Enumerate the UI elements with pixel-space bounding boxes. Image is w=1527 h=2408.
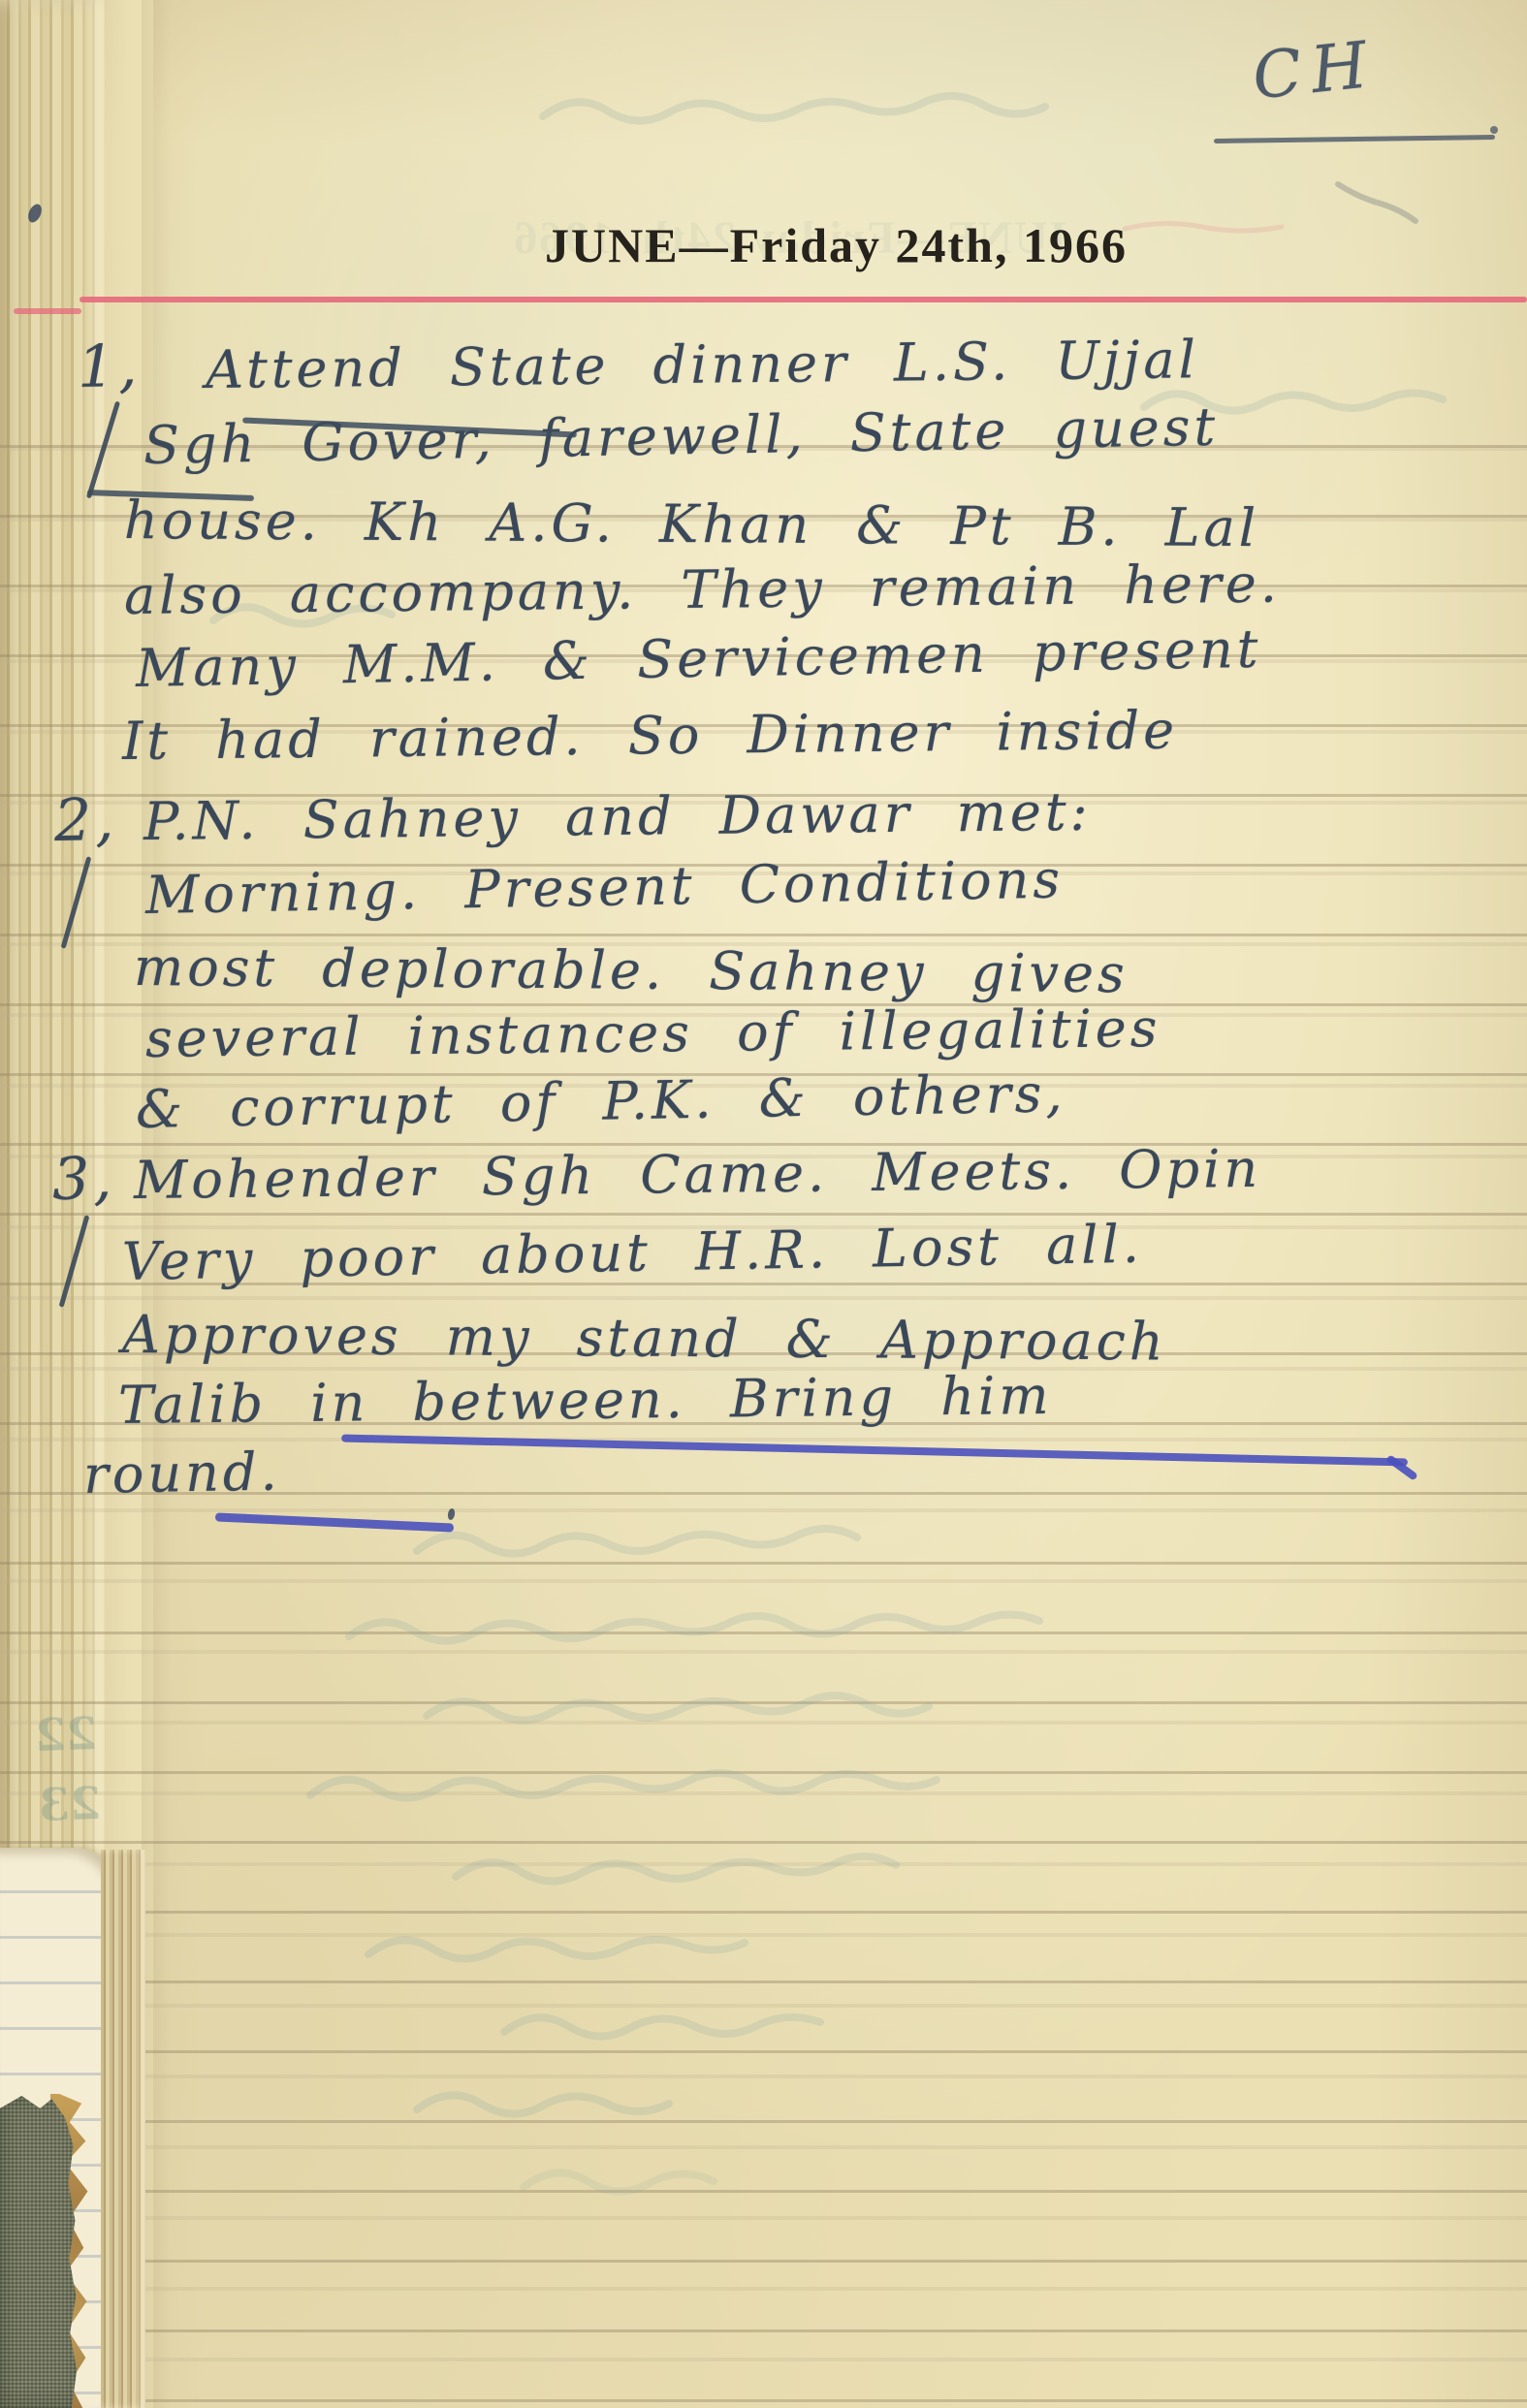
page-edge-striations <box>101 1850 145 2408</box>
bleed-page-number-23: 23 <box>38 1777 102 1831</box>
bleed-page-number-22: 22 <box>34 1707 98 1761</box>
handwritten-line: several instances of illegalities <box>145 998 1161 1069</box>
entry-2-number: 2, <box>53 786 117 855</box>
handwritten-line: It had rained. So Dinner inside <box>122 700 1179 772</box>
handwritten-line: Mohender Sgh Came. Meets. Opin <box>134 1138 1262 1211</box>
bleed-squiggle <box>543 96 1045 121</box>
handwritten-line: most deplorable. Sahney gives <box>134 936 1129 1004</box>
entry-1-number: 1, <box>77 333 141 401</box>
corner-initials: CH <box>1249 27 1380 114</box>
handwritten-line: also accompany. They remain here. <box>124 554 1282 626</box>
handwritten-line: house. Kh A.G. Khan & Pt B. Lal <box>124 490 1260 558</box>
handwritten-line: Attend State dinner L.S. Ujjal <box>206 329 1199 400</box>
handwritten-line: P.N. Sahney and Dawar met: <box>143 781 1092 852</box>
handwritten-line: Approves my stand & Approach <box>122 1304 1167 1373</box>
handwritten-line: round. <box>82 1441 281 1505</box>
handwritten-line: Talib in between. Bring him <box>118 1365 1053 1436</box>
date-header: JUNE—Friday 24th, 1966 <box>145 217 1527 273</box>
corner-initials-underline-dot <box>1490 126 1498 134</box>
diary-page-scan: JUNE—Friday 24th, 1966 JUNE—Friday 24th,… <box>0 0 1527 2408</box>
corner-initials-underline <box>1214 135 1495 143</box>
red-rule <box>80 297 1527 302</box>
red-rule-left-segment <box>14 308 81 314</box>
entry-3-number: 3, <box>51 1145 115 1214</box>
